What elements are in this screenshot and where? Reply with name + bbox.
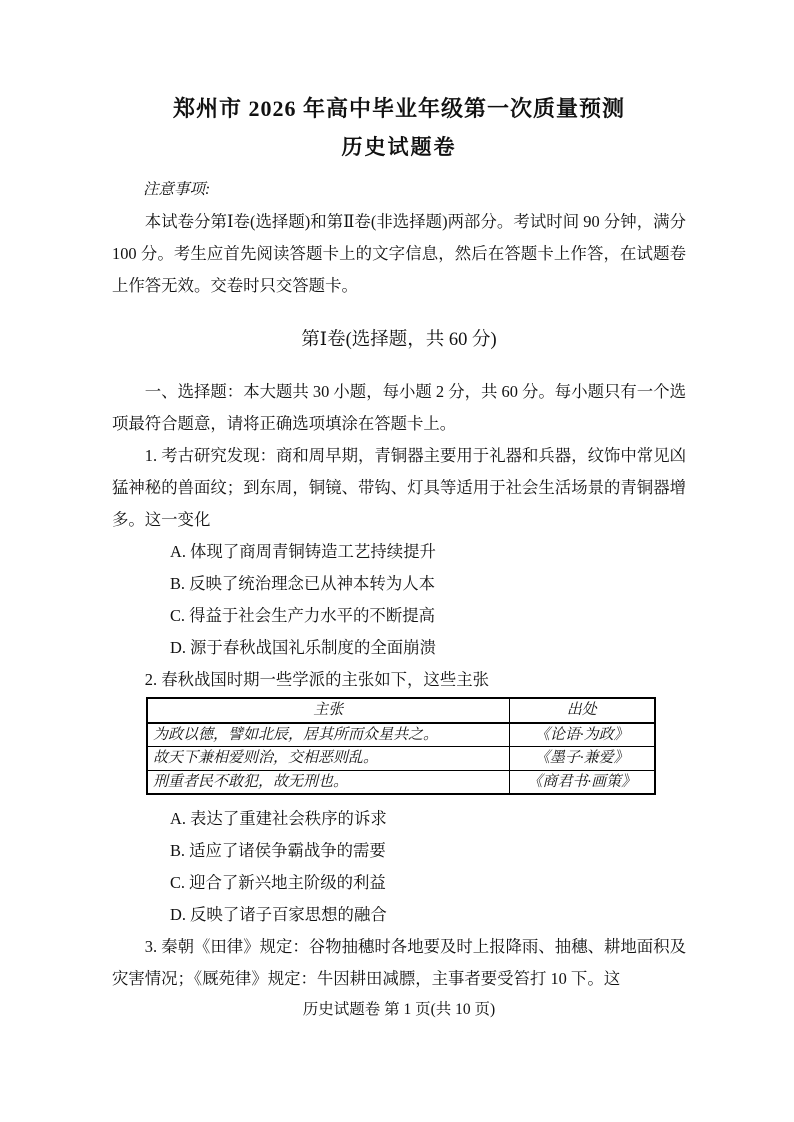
table-header-row: 主张 出处 <box>147 698 655 723</box>
table-row: 为政以德，譬如北辰，居其所而众星共之。 《论语·为政》 <box>147 723 655 747</box>
question2-option-c: C. 迎合了新兴地主阶级的利益 <box>170 867 686 899</box>
question1-options: A. 体现了商周青铜铸造工艺持续提升 B. 反映了统治理念已从神本转为人本 C.… <box>112 536 686 664</box>
question2-option-a: A. 表达了重建社会秩序的诉求 <box>170 803 686 835</box>
notice-label: 注意事项: <box>112 174 686 206</box>
table-cell-source: 《商君书·画策》 <box>509 770 655 794</box>
page-title: 郑州市 2026 年高中毕业年级第一次质量预测 <box>112 92 686 126</box>
notice-text: 本试卷分第Ⅰ卷(选择题)和第Ⅱ卷(非选择题)两部分。考试时间 90 分钟，满分 … <box>112 206 686 302</box>
table-header-source: 出处 <box>509 698 655 723</box>
table-cell-source: 《论语·为政》 <box>509 723 655 747</box>
section1-intro: 一、选择题：本大题共 30 小题，每小题 2 分，共 60 分。每小题只有一个选… <box>112 376 686 440</box>
page-footer: 历史试题卷 第 1 页(共 10 页) <box>112 997 686 1023</box>
question1-option-c: C. 得益于社会生产力水平的不断提高 <box>170 600 686 632</box>
question2-options: A. 表达了重建社会秩序的诉求 B. 适应了诸侯争霸战争的需要 C. 迎合了新兴… <box>112 803 686 931</box>
table-cell-claim: 故天下兼相爱则治，交相恶则乱。 <box>147 747 509 771</box>
question2-claims-table: 主张 出处 为政以德，譬如北辰，居其所而众星共之。 《论语·为政》 故天下兼相爱… <box>146 697 656 795</box>
question2-option-d: D. 反映了诸子百家思想的融合 <box>170 899 686 931</box>
table-cell-claim: 刑重者民不敢犯，故无刑也。 <box>147 770 509 794</box>
table-row: 刑重者民不敢犯，故无刑也。 《商君书·画策》 <box>147 770 655 794</box>
question1-option-a: A. 体现了商周青铜铸造工艺持续提升 <box>170 536 686 568</box>
question1-option-d: D. 源于春秋战国礼乐制度的全面崩溃 <box>170 632 686 664</box>
table-cell-claim: 为政以德，譬如北辰，居其所而众星共之。 <box>147 723 509 747</box>
table-cell-source: 《墨子·兼爱》 <box>509 747 655 771</box>
question1-option-b: B. 反映了统治理念已从神本转为人本 <box>170 568 686 600</box>
page-subtitle: 历史试题卷 <box>112 132 686 162</box>
question2-stem: 2. 春秋战国时期一些学派的主张如下，这些主张 <box>112 664 686 696</box>
exam-paper-page: 郑州市 2026 年高中毕业年级第一次质量预测 历史试题卷 注意事项: 本试卷分… <box>0 0 794 1122</box>
question3-stem: 3. 秦朝《田律》规定：谷物抽穗时各地要及时上报降雨、抽穗、耕地面积及灾害情况；… <box>112 931 686 995</box>
question1-stem: 1. 考古研究发现：商和周早期，青铜器主要用于礼器和兵器，纹饰中常见凶猛神秘的兽… <box>112 440 686 536</box>
table-header-claim: 主张 <box>147 698 509 723</box>
question2-option-b: B. 适应了诸侯争霸战争的需要 <box>170 835 686 867</box>
section1-heading: 第Ⅰ卷(选择题，共 60 分) <box>112 322 686 358</box>
table-row: 故天下兼相爱则治，交相恶则乱。 《墨子·兼爱》 <box>147 747 655 771</box>
